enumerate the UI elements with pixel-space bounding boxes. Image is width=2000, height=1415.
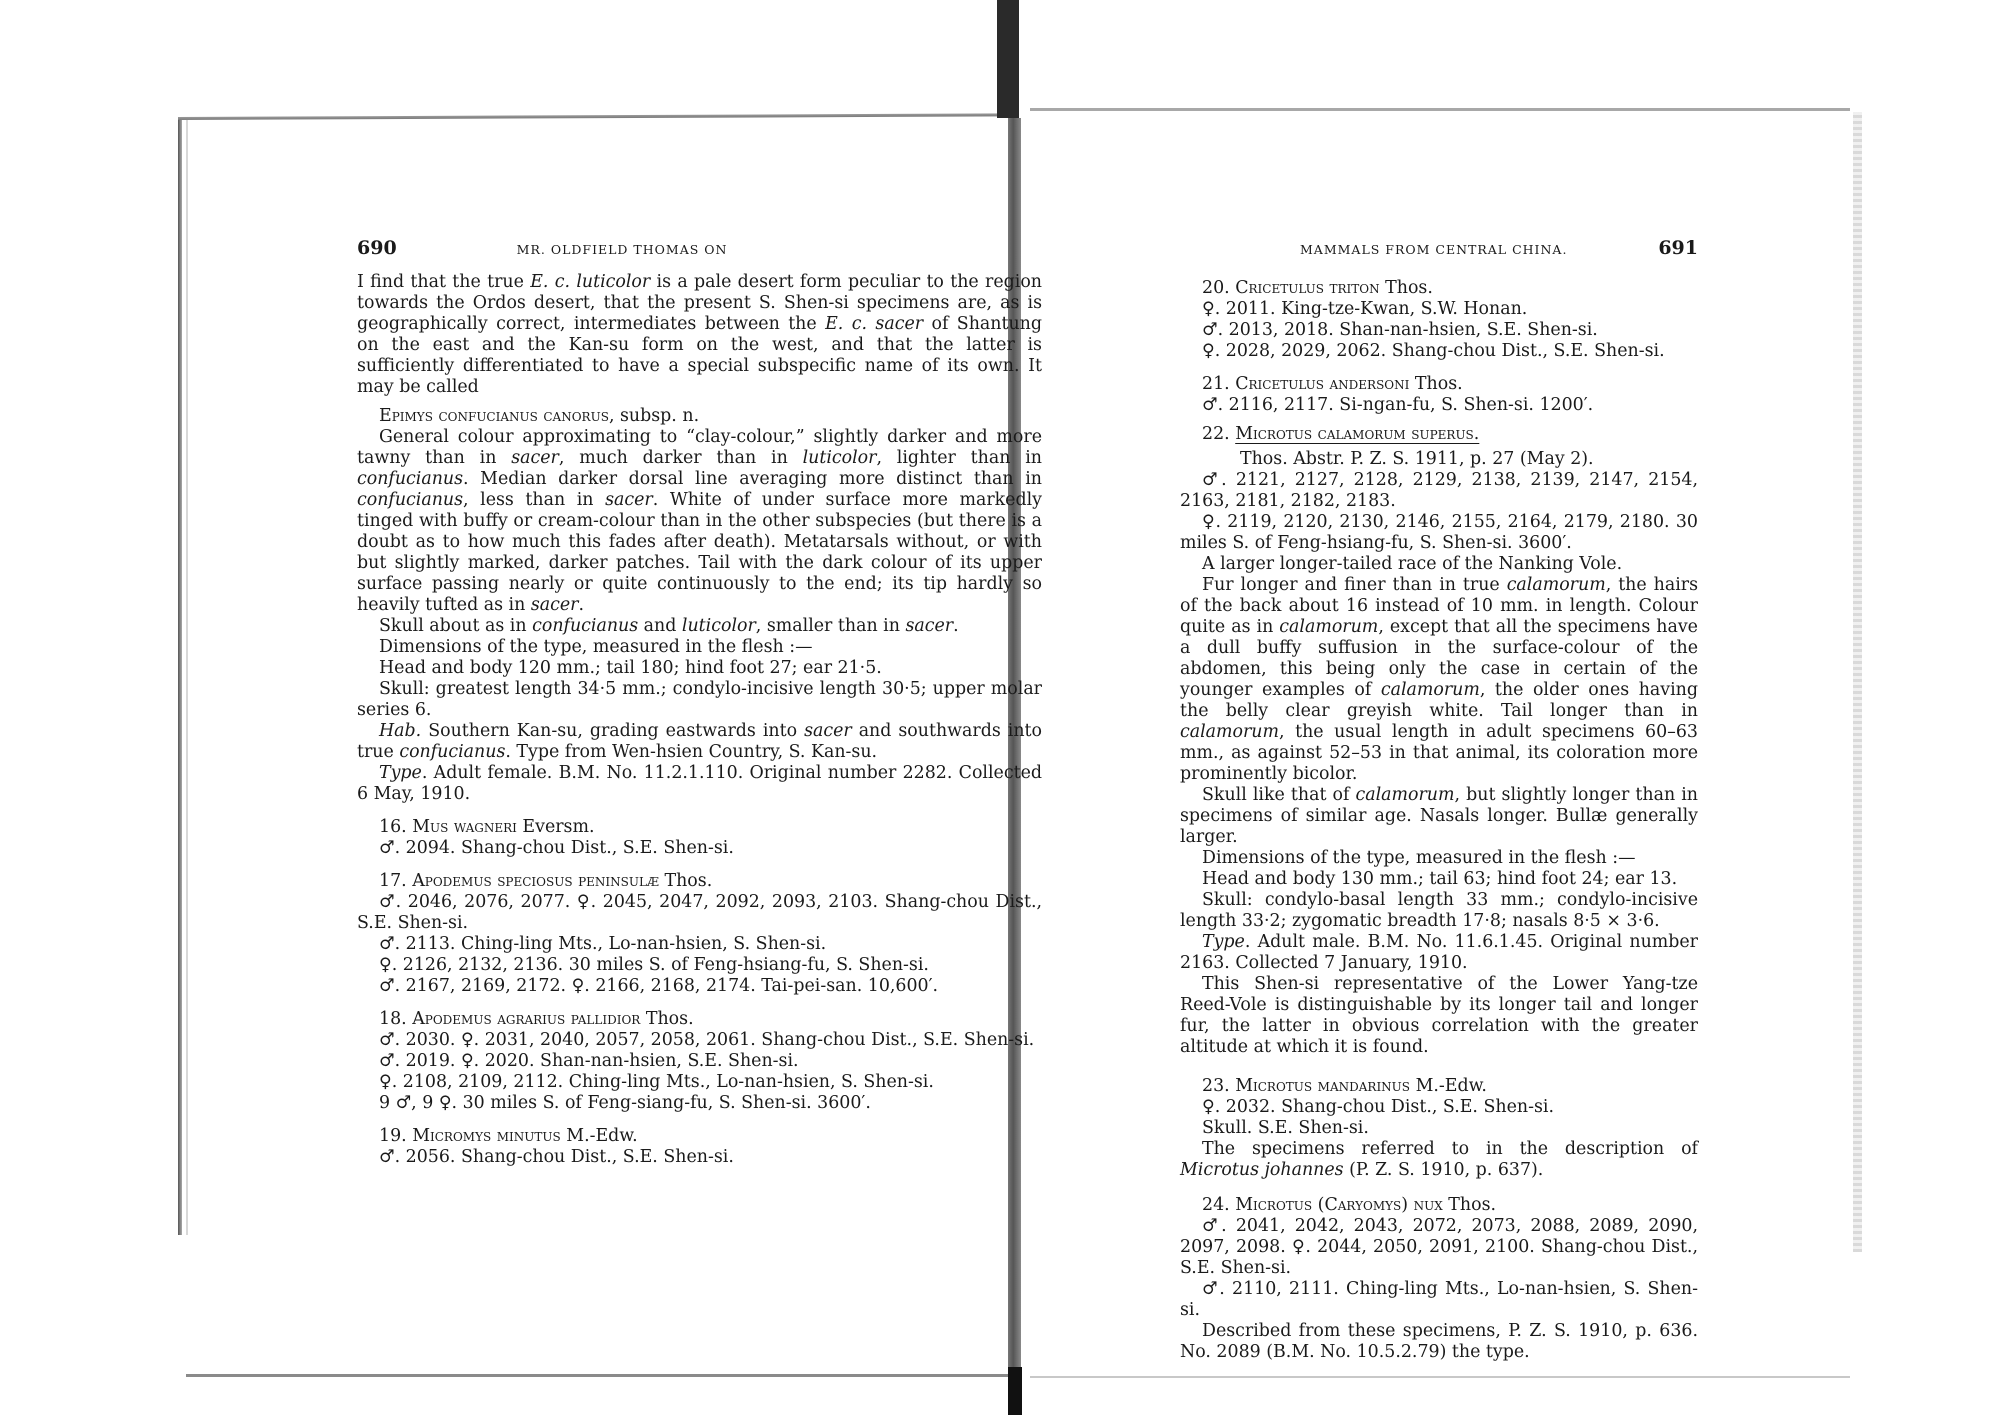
epimys-description: General colour approximating to “clay-co… — [357, 427, 1042, 616]
binding-bottom — [1008, 1367, 1022, 1415]
specimen-record: ♀. 2028, 2029, 2062. Shang-chou Dist., S… — [1180, 341, 1698, 362]
page-edge-bottom-right — [1030, 1376, 1850, 1378]
specimen-record: ♀. 2032. Shang-chou Dist., S.E. Shen-si. — [1180, 1097, 1698, 1118]
epimys-dimensions-intro: Dimensions of the type, measured in the … — [357, 637, 1042, 658]
microtus-mandarinus-note: The specimens referred to in the descrip… — [1180, 1139, 1698, 1181]
species-heading: 16. Mus wagneri Eversm. — [357, 817, 1042, 838]
page-edge-right — [1853, 112, 1862, 1252]
page-edge-top-right — [1030, 108, 1850, 111]
epimys-habitat: Hab. Southern Kan-su, grading eastwards … — [357, 721, 1042, 763]
species-heading-epimys: Epimys confucianus canorus, subsp. n. — [357, 406, 1042, 427]
page-edge-left-inner — [186, 120, 188, 1235]
species-heading: 21. Cricetulus andersoni Thos. — [1180, 374, 1698, 395]
microtus-calamorum-remark: This Shen-si representative of the Lower… — [1180, 974, 1698, 1058]
specimen-record: 9 ♂, 9 ♀. 30 miles S. of Feng-siang-fu, … — [357, 1093, 1042, 1114]
specimen-record: ♂. 2113. Ching-ling Mts., Lo-nan-hsien, … — [357, 934, 1042, 955]
microtus-calamorum-fur: Fur longer and finer than in true calamo… — [1180, 575, 1698, 785]
epimys-dimensions-skull: Skull: greatest length 34·5 mm.; condylo… — [357, 679, 1042, 721]
specimen-record: ♂. 2019. ♀. 2020. Shan-nan-hsien, S.E. S… — [357, 1051, 1042, 1072]
species-heading-microtus-calamorum: 22. Microtus calamorum superus. — [1180, 424, 1698, 445]
specimen-record: Skull. S.E. Shen-si. — [1180, 1118, 1698, 1139]
specimen-record: ♂. 2030. ♀. 2031, 2040, 2057, 2058, 2061… — [357, 1030, 1042, 1051]
microtus-nux-records: ♂. 2041, 2042, 2043, 2072, 2073, 2088, 2… — [1180, 1216, 1698, 1321]
microtus-calamorum-skull: Skull like that of calamorum, but slight… — [1180, 785, 1698, 848]
microtus-calamorum-records: ♂. 2121, 2127, 2128, 2129, 2138, 2139, 2… — [1180, 470, 1698, 554]
page-number-left: 690 — [357, 238, 397, 259]
species-list-left: 16. Mus wagneri Eversm.♂. 2094. Shang-ch… — [357, 817, 1042, 1168]
specimen-record: ♀. 2108, 2109, 2112. Ching-ling Mts., Lo… — [357, 1072, 1042, 1093]
microtus-calamorum-type: Type. Adult male. B.M. No. 11.6.1.45. Or… — [1180, 932, 1698, 974]
species-list-right: 20. Cricetulus triton Thos.♀. 2011. King… — [1180, 278, 1698, 416]
specimen-record: ♂. 2013, 2018. Shan-nan-hsien, S.E. Shen… — [1180, 320, 1698, 341]
specimen-record: ♂. 2041, 2042, 2043, 2072, 2073, 2088, 2… — [1180, 1216, 1698, 1279]
specimen-record: ♂. 2056. Shang-chou Dist., S.E. Shen-si. — [357, 1147, 1042, 1168]
species-heading: 19. Micromys minutus M.-Edw. — [357, 1126, 1042, 1147]
specimen-record: ♂. 2121, 2127, 2128, 2129, 2138, 2139, 2… — [1180, 470, 1698, 512]
species-heading: 17. Apodemus speciosus peninsulæ Thos. — [357, 871, 1042, 892]
specimen-record: ♀. 2119, 2120, 2130, 2146, 2155, 2164, 2… — [1180, 512, 1698, 554]
running-header-left: 690 MR. OLDFIELD THOMAS ON — [357, 238, 1042, 266]
running-head-title-right: MAMMALS FROM CENTRAL CHINA. — [1300, 239, 1567, 260]
intro-paragraph: I find that the true E. c. luticolor is … — [357, 272, 1042, 398]
microtus-calamorum-dimensions-body: Head and body 130 mm.; tail 63; hind foo… — [1180, 869, 1698, 890]
page-edge-left — [178, 120, 182, 1235]
page-edge-bottom-left — [186, 1374, 1016, 1377]
species-heading-microtus-mandarinus: 23. Microtus mandarinus M.-Edw. — [1180, 1076, 1698, 1097]
specimen-record: ♂. 2046, 2076, 2077. ♀. 2045, 2047, 2092… — [357, 892, 1042, 934]
specimen-record: ♂. 2094. Shang-chou Dist., S.E. Shen-si. — [357, 838, 1042, 859]
page-edge-top-left — [178, 113, 1008, 120]
specimen-record: ♂. 2110, 2111. Ching-ling Mts., Lo-nan-h… — [1180, 1279, 1698, 1321]
left-page: 690 MR. OLDFIELD THOMAS ON I find that t… — [357, 238, 1042, 1168]
binding-top — [997, 0, 1019, 118]
specimen-record: ♀. 2011. King-tze-Kwan, S.W. Honan. — [1180, 299, 1698, 320]
species-heading-microtus-nux: 24. Microtus (Caryomys) nux Thos. — [1180, 1195, 1698, 1216]
running-header-right: MAMMALS FROM CENTRAL CHINA. 691 — [1180, 238, 1698, 266]
microtus-nux-note: Described from these specimens, P. Z. S.… — [1180, 1321, 1698, 1363]
microtus-calamorum-dimensions-skull: Skull: condylo-basal length 33 mm.; cond… — [1180, 890, 1698, 932]
page-number-right: 691 — [1658, 238, 1698, 259]
specimen-record: ♂. 2116, 2117. Si-ngan-fu, S. Shen-si. 1… — [1180, 395, 1698, 416]
microtus-calamorum-dimensions-intro: Dimensions of the type, measured in the … — [1180, 848, 1698, 869]
species-heading: 20. Cricetulus triton Thos. — [1180, 278, 1698, 299]
specimen-record: ♀. 2126, 2132, 2136. 30 miles S. of Feng… — [357, 955, 1042, 976]
epimys-skull: Skull about as in confucianus and lutico… — [357, 616, 1042, 637]
species-heading: 18. Apodemus agrarius pallidior Thos. — [357, 1009, 1042, 1030]
microtus-mandarinus-records: ♀. 2032. Shang-chou Dist., S.E. Shen-si.… — [1180, 1097, 1698, 1139]
microtus-calamorum-reference: Thos. Abstr. P. Z. S. 1911, p. 27 (May 2… — [1180, 449, 1698, 470]
microtus-calamorum-summary: A larger longer-tailed race of the Nanki… — [1180, 554, 1698, 575]
epimys-type: Type. Adult female. B.M. No. 11.2.1.110.… — [357, 763, 1042, 805]
right-page: MAMMALS FROM CENTRAL CHINA. 691 20. Cric… — [1180, 238, 1698, 1363]
running-head-title-left: MR. OLDFIELD THOMAS ON — [517, 239, 728, 260]
specimen-record: ♂. 2167, 2169, 2172. ♀. 2166, 2168, 2174… — [357, 976, 1042, 997]
epimys-dimensions-body: Head and body 120 mm.; tail 180; hind fo… — [357, 658, 1042, 679]
